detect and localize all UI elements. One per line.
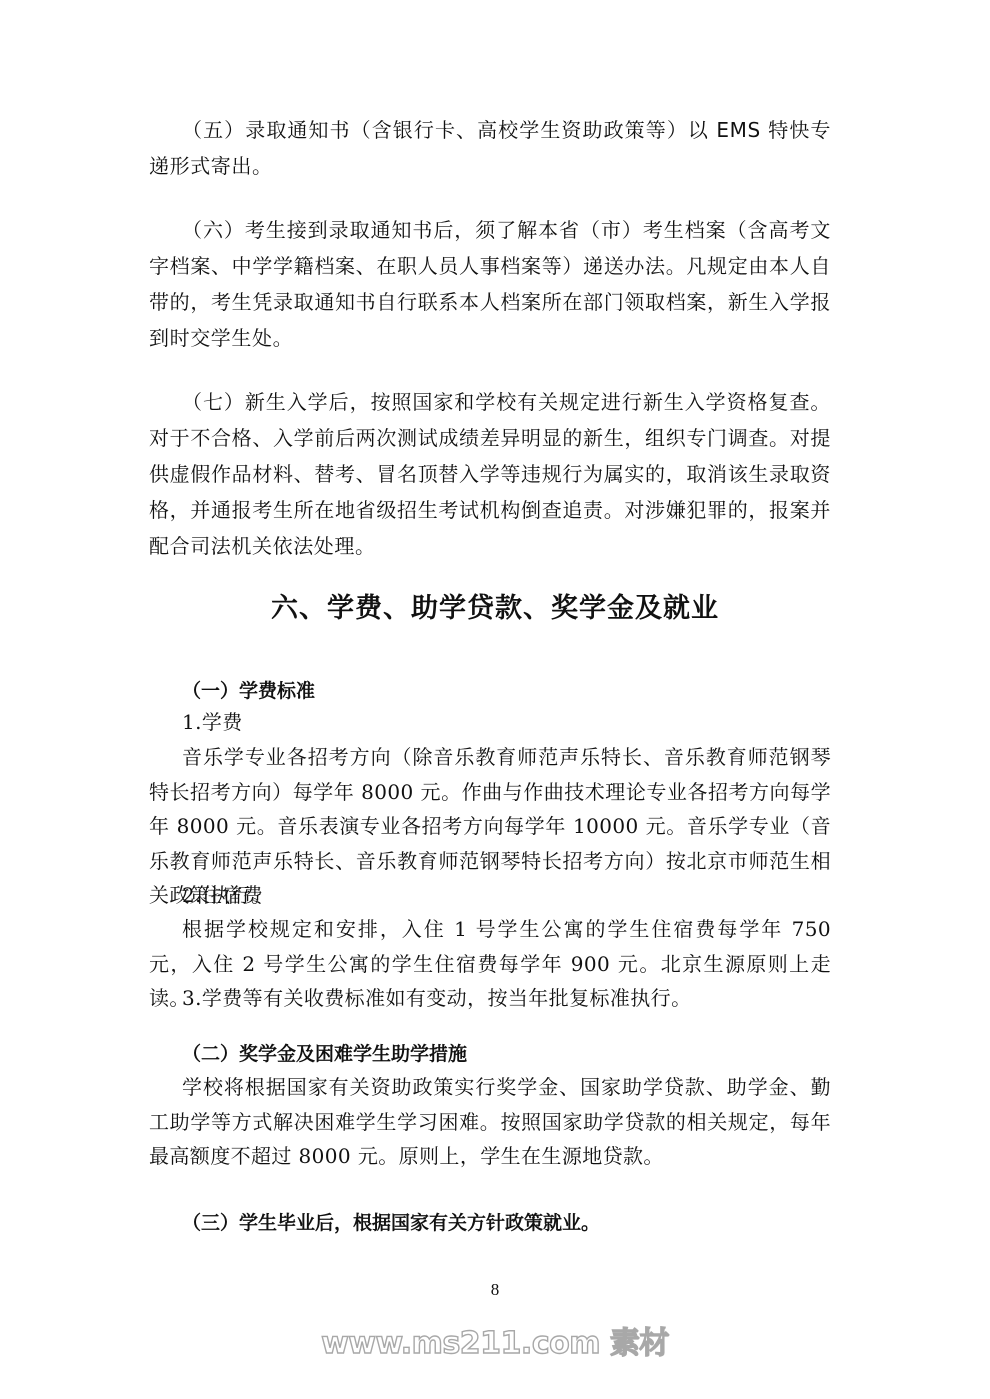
document-page: （五）录取通知书（含银行卡、高校学生资助政策等）以 EMS 特快专递形式寄出。 … [0, 0, 990, 1399]
paragraph-seven: （七）新生入学后，按照国家和学校有关规定进行新生入学资格复查。对于不合格、入学前… [149, 384, 831, 564]
subsection-heading-tuition: （一）学费标准 [149, 676, 831, 706]
item-label-accommodation: 2.住宿费 [149, 878, 831, 913]
paragraph-five: （五）录取通知书（含银行卡、高校学生资助政策等）以 EMS 特快专递形式寄出。 [149, 112, 831, 184]
paragraph-fee-change: 3.学费等有关收费标准如有变动，按当年批复标准执行。 [149, 981, 831, 1016]
subsection-heading-scholarship: （二）奖学金及困难学生助学措施 [149, 1039, 831, 1069]
page-number: 8 [0, 1280, 990, 1300]
paragraph-scholarship: 学校将根据国家有关资助政策实行奖学金、国家助学贷款、助学金、勤工助学等方式解决困… [149, 1070, 831, 1174]
paragraph-six: （六）考生接到录取通知书后，须了解本省（市）考生档案（含高考文字档案、中学学籍档… [149, 212, 831, 356]
section-title: 六、学费、助学贷款、奖学金及就业 [0, 586, 990, 625]
watermark: www.ms211.com 素材 [0, 1318, 990, 1362]
subsection-heading-employment: （三）学生毕业后，根据国家有关方针政策就业。 [149, 1208, 831, 1238]
item-label-tuition: 1.学费 [149, 705, 831, 740]
